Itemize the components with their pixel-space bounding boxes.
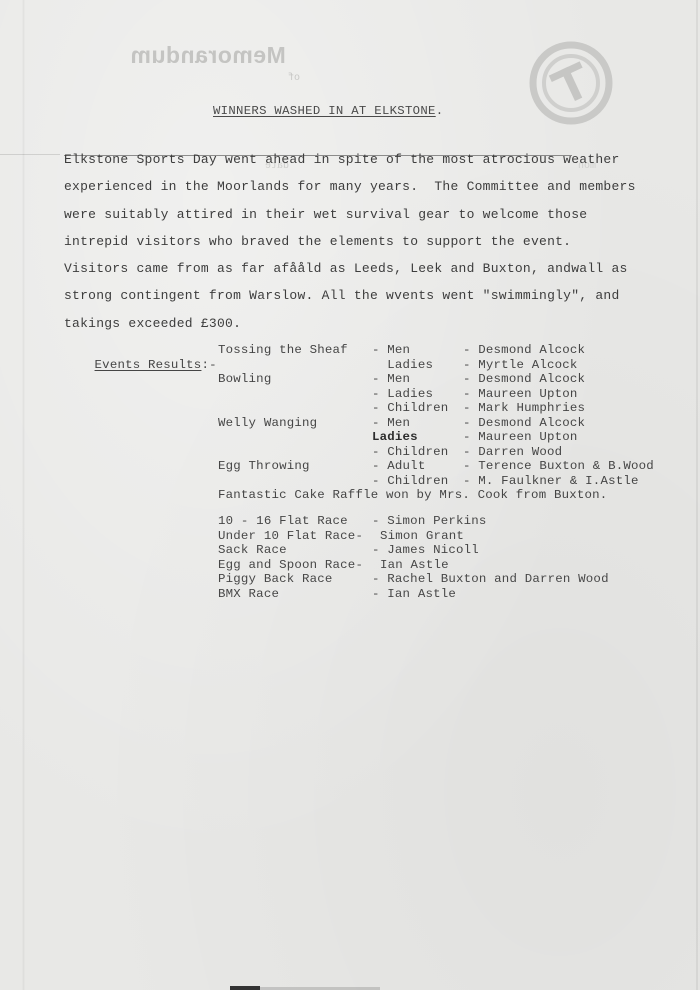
event-winner: - Mark Humphries [463, 401, 585, 416]
event-winner: - Darren Wood [463, 445, 562, 460]
circular-logo-stamp-icon [528, 40, 614, 126]
race-winner: - Rachel Buxton and Darren Wood [372, 572, 609, 587]
body-line: Elkstone Sports Day went ahead in spite … [64, 146, 674, 173]
event-category: Ladies [372, 358, 433, 373]
mirrored-letterhead: Memorandum [130, 42, 286, 69]
event-category: - Men [372, 343, 410, 358]
event-category: - Men [372, 416, 410, 431]
paper-fold-mark [22, 0, 25, 990]
raffle-result: Fantastic Cake Raffle won by Mrs. Cook f… [218, 488, 607, 503]
event-category: - Ladies [372, 387, 433, 402]
race-winner: - James Nicoll [372, 543, 479, 558]
event-winner: - Myrtle Alcock [463, 358, 578, 373]
event-category: - Children [372, 474, 448, 489]
event-winner: - Maureen Upton [463, 430, 578, 445]
results-heading-row: Events Results:- [64, 343, 217, 387]
event-name: Welly Wanging [218, 416, 317, 431]
event-winner: - Maureen Upton [463, 387, 578, 402]
race-winner: - Ian Astle [372, 587, 456, 602]
event-category: - Men [372, 372, 410, 387]
document-title-text: WINNERS WASHED IN AT ELKSTONE [213, 104, 436, 118]
event-winner: - Desmond Alcock [463, 372, 585, 387]
race-winner: Ian Astle [380, 558, 449, 573]
event-category: - Children [372, 401, 448, 416]
event-winner: - M. Faulkner & I.Astle [463, 474, 639, 489]
race-name: Under 10 Flat Race- [218, 529, 363, 544]
body-line: takings exceeded £300. [64, 310, 674, 337]
results-heading-suffix: :- [201, 358, 216, 372]
body-line: intrepid visitors who braved the element… [64, 228, 674, 255]
race-name: Piggy Back Race [218, 572, 333, 587]
race-name: Egg and Spoon Race- [218, 558, 363, 573]
event-name: Tossing the Sheaf [218, 343, 348, 358]
results-heading: Events Results [95, 358, 202, 372]
race-winner: - Simon Perkins [372, 514, 487, 529]
body-line-typed: strong contingent from Warslow. All the … [64, 282, 674, 309]
paper-right-edge [696, 0, 698, 990]
event-winner: - Desmond Alcock [463, 343, 585, 358]
mirrored-letterhead-sub: of [288, 73, 300, 84]
body-line: experienced in the Moorlands for many ye… [64, 173, 674, 200]
race-name: 10 - 16 Flat Race [218, 514, 348, 529]
scan-edge-mark [230, 986, 260, 990]
body-line-typed: Visitors came from as far afååld as Leed… [64, 255, 674, 282]
event-winner: - Terence Buxton & B.Wood [463, 459, 654, 474]
event-category: Ladies [372, 430, 418, 445]
event-name: Bowling [218, 372, 271, 387]
race-name: BMX Race [218, 587, 279, 602]
document-title-period: . [436, 104, 444, 118]
event-category: - Children [372, 445, 448, 460]
race-winner: Simon Grant [380, 529, 464, 544]
margin-tick-mark [0, 154, 60, 155]
event-name: Egg Throwing [218, 459, 310, 474]
event-winner: - Desmond Alcock [463, 416, 585, 431]
body-line: were suitably attired in their wet survi… [64, 201, 674, 228]
race-name: Sack Race [218, 543, 287, 558]
article-body: Elkstone Sports Day went ahead in spite … [64, 146, 674, 337]
event-category: - Adult [372, 459, 425, 474]
document-title: WINNERS WASHED IN AT ELKSTONE. [213, 104, 443, 118]
